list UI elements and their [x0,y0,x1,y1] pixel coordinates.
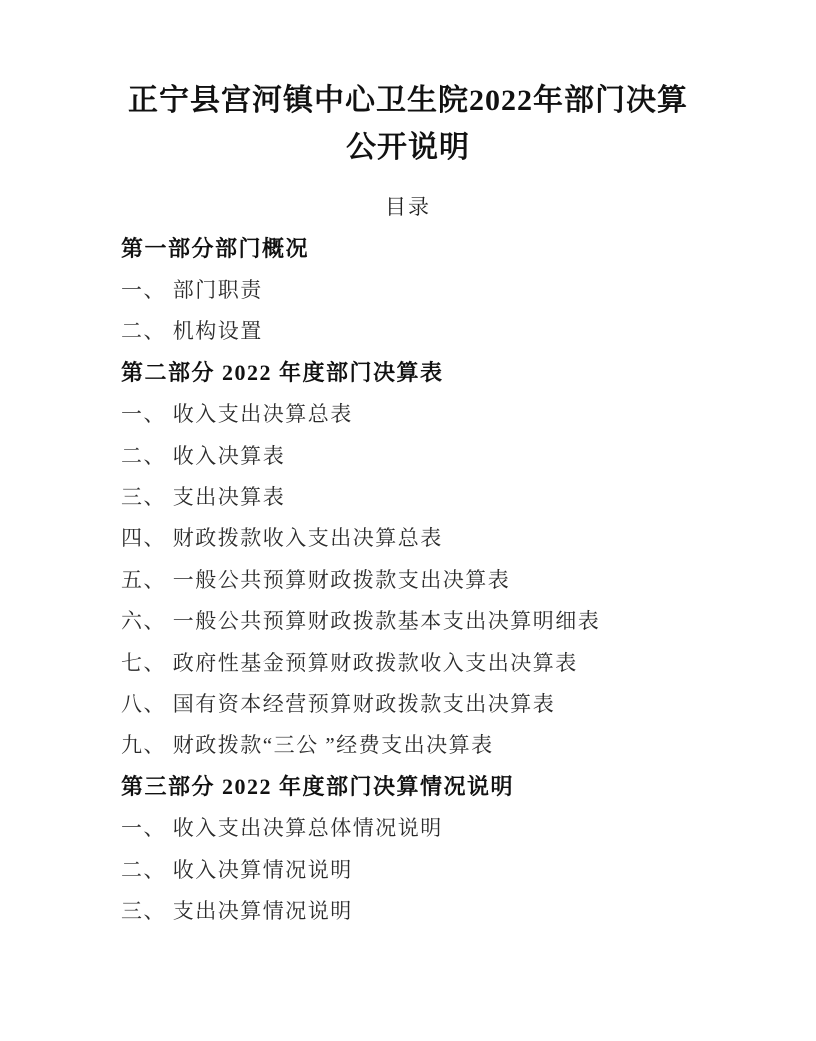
document-title-line-1: 正宁县宫河镇中心卫生院2022年部门决算 [0,77,816,124]
document-page: 正宁县宫河镇中心卫生院2022年部门决算 公开说明 目录 第一部分部门概况 一、… [0,0,816,1041]
toc-list: 第一部分部门概况 一、 部门职责 二、 机构设置 第二部分 2022 年度部门决… [121,227,756,931]
toc-heading: 目录 [0,193,816,222]
toc-item: 二、 机构设置 [121,310,756,351]
toc-section-1-heading: 第一部分部门概况 [121,227,756,268]
toc-item: 二、 收入决算表 [121,434,756,475]
toc-item: 一、 收入支出决算总表 [121,393,756,434]
toc-item: 四、 财政拨款收入支出决算总表 [121,517,756,558]
toc-item: 三、 支出决算表 [121,475,756,516]
toc-section-2-heading: 第二部分 2022 年度部门决算表 [121,351,756,392]
toc-item: 六、 一般公共预算财政拨款基本支出决算明细表 [121,600,756,641]
document-title: 正宁县宫河镇中心卫生院2022年部门决算 公开说明 [0,0,816,171]
toc-item: 八、 国有资本经营预算财政拨款支出决算表 [121,682,756,723]
document-title-line-2: 公开说明 [0,124,816,171]
toc-item: 一、 收入支出决算总体情况说明 [121,806,756,847]
toc-item: 二、 收入决算情况说明 [121,848,756,889]
toc-section-3-heading: 第三部分 2022 年度部门决算情况说明 [121,765,756,806]
toc-item: 五、 一般公共预算财政拨款支出决算表 [121,558,756,599]
toc-item: 七、 政府性基金预算财政拨款收入支出决算表 [121,641,756,682]
toc-item: 三、 支出决算情况说明 [121,889,756,930]
toc-item: 一、 部门职责 [121,268,756,309]
toc-item: 九、 财政拨款“三公 ”经费支出决算表 [121,724,756,765]
